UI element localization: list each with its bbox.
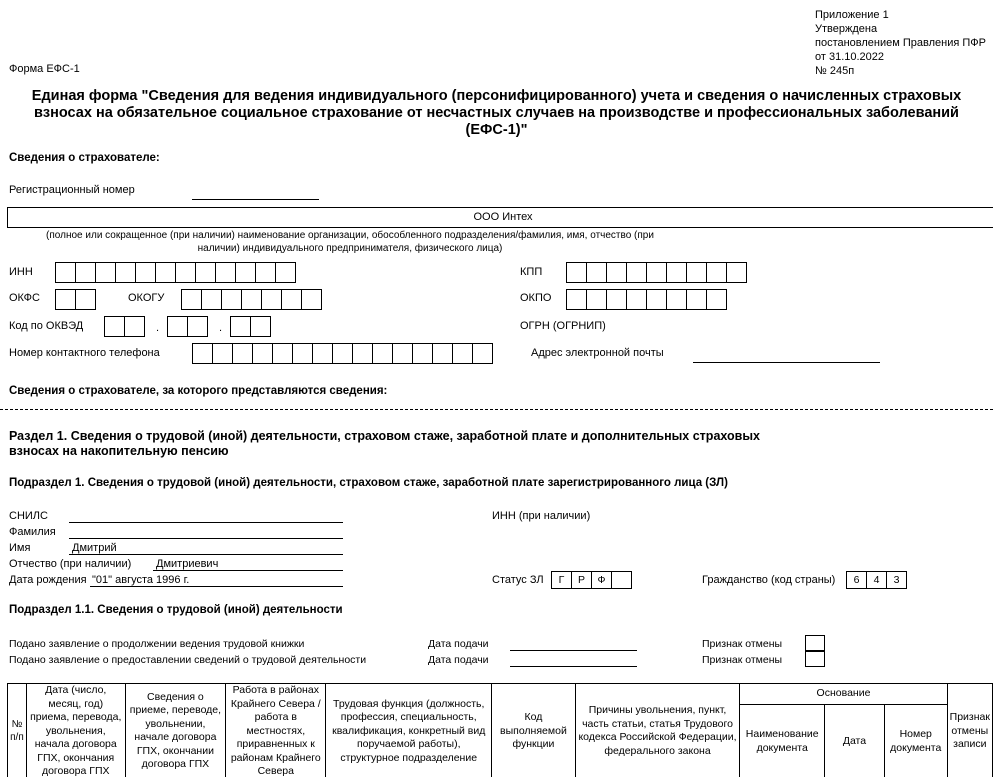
person-inn-label: ИНН (при наличии) <box>492 510 590 522</box>
form-code: Форма ЕФС-1 <box>9 63 80 75</box>
patronymic-field[interactable] <box>153 570 343 571</box>
approval-line: Утверждена <box>815 22 986 36</box>
inn-label: ИНН <box>9 266 33 278</box>
header-reasons: Причины увольнения, пункт, часть статьи,… <box>575 684 740 777</box>
okpo-label: ОКПО <box>520 292 551 304</box>
phone-field[interactable] <box>192 343 493 364</box>
cancel-label: Признак отмены <box>702 638 782 650</box>
okved-field-3[interactable] <box>230 316 271 337</box>
title-line: Единая форма "Сведения для ведения индив… <box>0 88 993 105</box>
date-label: Дата подачи <box>428 638 489 650</box>
insurer-section-title: Сведения о страхователе: <box>9 152 160 164</box>
header-function: Трудовая функция (должность, профессия, … <box>326 684 492 777</box>
citizenship-cell: 6 <box>847 572 867 588</box>
surname-field[interactable] <box>69 538 343 539</box>
ogrn-label: ОГРН (ОГРНИП) <box>520 320 606 332</box>
citizenship-label: Гражданство (код страны) <box>702 574 835 586</box>
citizenship-field[interactable]: 6 4 3 <box>846 571 907 589</box>
header-doc-date: Дата <box>825 705 885 777</box>
info-date-field[interactable] <box>510 666 637 667</box>
name-field[interactable] <box>69 554 343 555</box>
caption-line: (полное или сокращенное (при наличии) на… <box>0 229 700 242</box>
phone-label: Номер контактного телефона <box>9 347 160 359</box>
email-label: Адрес электронной почты <box>531 347 664 359</box>
reg-number-field[interactable] <box>192 199 319 200</box>
status-cell: Р <box>572 572 592 588</box>
status-cell <box>612 572 632 588</box>
subsection1-title: Подраздел 1. Сведения о трудовой (иной) … <box>9 477 728 489</box>
reg-number-label: Регистрационный номер <box>9 184 135 196</box>
org-name-field[interactable]: ООО Интех <box>7 207 993 228</box>
status-field[interactable]: Г Р Ф <box>551 571 632 589</box>
approval-line: постановлением Правления ПФР <box>815 36 986 50</box>
status-label: Статус ЗЛ <box>492 574 544 586</box>
citizenship-cell: 3 <box>887 572 907 588</box>
header-doc-number: Номер документа <box>884 705 947 777</box>
cancel-label: Признак отмены <box>702 654 782 666</box>
header-basis: Основание <box>740 684 947 705</box>
date-label: Дата подачи <box>428 654 489 666</box>
approval-block: Приложение 1 Утверждена постановлением П… <box>815 8 986 78</box>
kpp-field[interactable] <box>566 262 747 283</box>
header-north: Работа в районах Крайнего Севера / работ… <box>226 684 326 777</box>
name-value: Дмитрий <box>72 542 117 554</box>
email-field[interactable] <box>693 362 880 363</box>
subsection11-title: Подраздел 1.1. Сведения о трудовой (иной… <box>9 604 343 616</box>
workbook-date-field[interactable] <box>510 650 637 651</box>
inn-field[interactable] <box>55 262 296 283</box>
info-cancel-checkbox[interactable] <box>805 651 825 667</box>
approval-line: от 31.10.2022 <box>815 50 986 64</box>
header-doc-name: Наименование документа <box>740 705 825 777</box>
status-cell: Г <box>552 572 572 588</box>
section1-title-line: взносах на накопительную пенсию <box>9 444 760 459</box>
header-info: Сведения о приеме, переводе, увольнении,… <box>125 684 226 777</box>
info-application-label: Подано заявление о предоставлении сведен… <box>9 654 366 666</box>
birthdate-value: "01" августа 1996 г. <box>92 574 189 586</box>
status-cell: Ф <box>592 572 612 588</box>
okfs-label: ОКФС <box>9 292 40 304</box>
kpp-label: КПП <box>520 266 542 278</box>
okved-separator: . <box>156 322 159 334</box>
workbook-cancel-checkbox[interactable] <box>805 635 825 651</box>
citizenship-cell: 4 <box>867 572 887 588</box>
okved-separator: . <box>219 322 222 334</box>
represented-insurer-title: Сведения о страхователе, за которого пре… <box>9 385 387 397</box>
okved-field-1[interactable] <box>104 316 145 337</box>
title-line: (ЕФС-1)" <box>0 122 993 139</box>
approval-line: № 245п <box>815 64 986 78</box>
okfs-field[interactable] <box>55 289 96 310</box>
employment-table: № п/п Дата (число, месяц, год) приема, п… <box>7 683 993 777</box>
name-label: Имя <box>9 542 30 554</box>
okpo-field[interactable] <box>566 289 727 310</box>
birthdate-label: Дата рождения <box>9 574 87 586</box>
okogu-field[interactable] <box>181 289 322 310</box>
birthdate-field[interactable] <box>90 586 343 587</box>
okogu-label: ОКОГУ <box>128 292 164 304</box>
snils-field[interactable] <box>69 522 343 523</box>
workbook-application-label: Подано заявление о продолжении ведения т… <box>9 638 304 650</box>
snils-label: СНИЛС <box>9 510 48 522</box>
caption-line: наличии) индивидуального предпринимателя… <box>0 242 700 255</box>
title-line: взносах на обязательное социальное страх… <box>0 105 993 122</box>
header-date: Дата (число, месяц, год) приема, перевод… <box>26 684 125 777</box>
okved-field-2[interactable] <box>167 316 208 337</box>
okved-label: Код по ОКВЭД <box>9 320 83 332</box>
section1-title-line: Раздел 1. Сведения о трудовой (иной) дея… <box>9 429 760 444</box>
header-cancel: Признак отмены записи <box>947 684 992 777</box>
org-name-caption: (полное или сокращенное (при наличии) на… <box>0 229 700 255</box>
header-code: Код выполняемой функции <box>492 684 576 777</box>
surname-label: Фамилия <box>9 526 56 538</box>
approval-line: Приложение 1 <box>815 8 986 22</box>
document-title: Единая форма "Сведения для ведения индив… <box>0 88 993 139</box>
section1-title: Раздел 1. Сведения о трудовой (иной) дея… <box>9 429 760 459</box>
patronymic-label: Отчество (при наличии) <box>9 558 131 570</box>
section-divider <box>0 409 993 410</box>
patronymic-value: Дмитриевич <box>156 558 218 570</box>
header-num: № п/п <box>8 684 27 777</box>
